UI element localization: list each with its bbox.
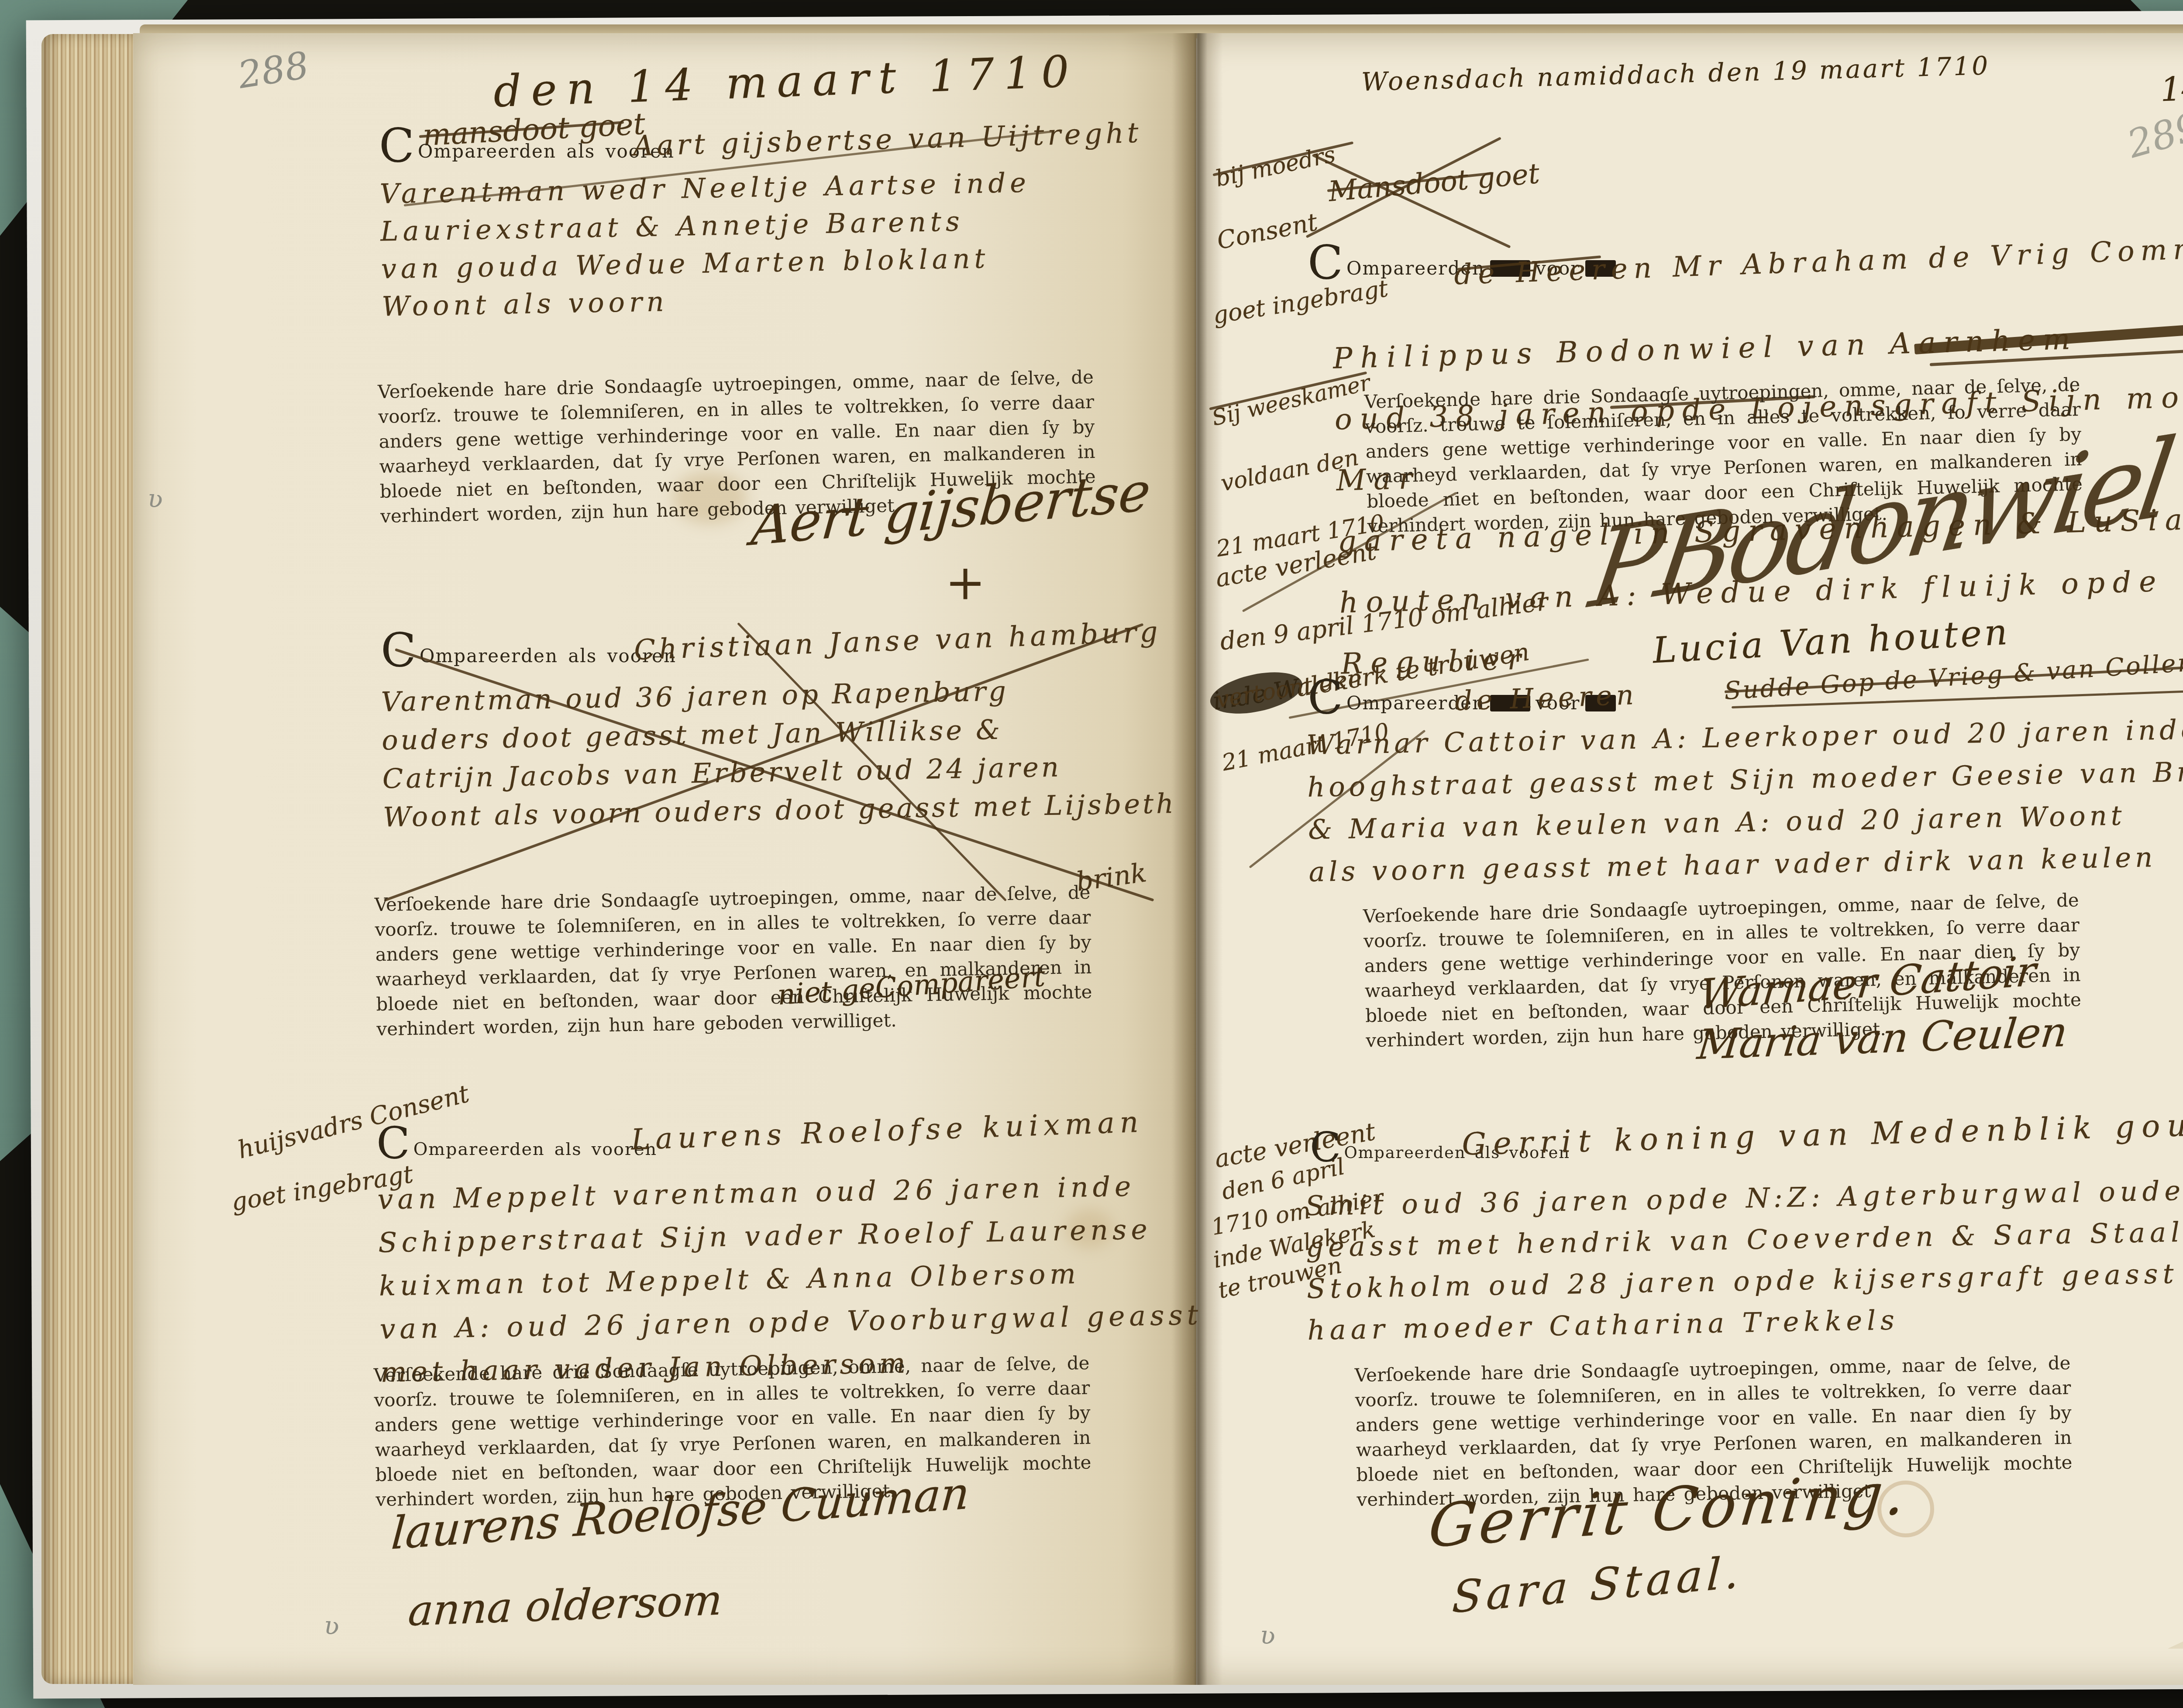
- leadin-initial: C: [1310, 1131, 1341, 1164]
- printed-leadin-left-entry3: C Ompareerden als vooren: [376, 1126, 657, 1162]
- entry-body: Smit oud 36 jaren opde N:Z: Agterburgwal…: [1305, 1168, 2183, 1351]
- entry-body: Warnar Cattoir van A: Leerkoper oud 20 j…: [1306, 706, 2183, 893]
- fore-edge-left: [41, 34, 135, 1684]
- scanned-register-spread: 288 den 14 maart 1710 mansdoot goet C Om…: [0, 0, 2183, 1708]
- leadin-initial: C: [1308, 244, 1343, 282]
- pencil-curl-mark: ʋ: [324, 1611, 339, 1640]
- entry-line: de Heeren: [1454, 679, 1639, 717]
- leadin-initial: C: [379, 127, 414, 165]
- leadin-initial: C: [376, 1126, 410, 1162]
- entry-body: Varentman oud 36 jaren op Rapenburg oude…: [381, 668, 1213, 836]
- pencil-curl-mark: ʋ: [148, 484, 163, 513]
- folio-number-ink-right: 145: [2159, 68, 2183, 109]
- printed-leadin-left-entry1: C Ompareerden als vooren: [379, 127, 675, 165]
- pencil-curl-mark: ʋ: [1260, 1620, 1275, 1650]
- printed-banns-text: Verſoekende hare drie Sondaagſe uytroepi…: [374, 880, 1093, 1042]
- entry-body: Varentman wedr Neeltje Aartse inde Lauri…: [379, 161, 1212, 325]
- leadin-text: Ompareerden als vooren: [413, 1126, 657, 1159]
- leadin-initial: C: [1308, 679, 1343, 716]
- printed-leadin-left-entry2: C Ompareerden als vooren: [381, 632, 676, 669]
- bride-mark-cross: +: [945, 554, 985, 610]
